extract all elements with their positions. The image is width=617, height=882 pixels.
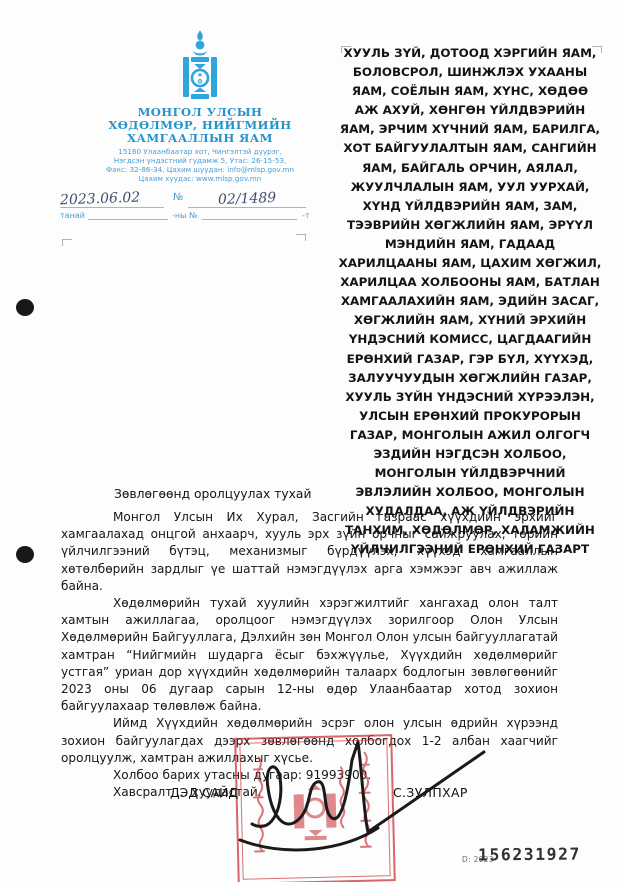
number-sign: №	[173, 192, 183, 203]
number-blank	[202, 219, 297, 220]
address-line1: 15160 Улаанбаатар хот, Чингэлтэй дүүрэг,	[92, 147, 308, 156]
body-paragraph-1: Монгол Улсын Их Хурал, Засгийн газраас х…	[61, 509, 558, 595]
address-line4: Цахим хуудас: www.mlsp.gov.mn	[92, 174, 308, 183]
body-paragraph-2: Хөдөлмөрийн тухай хуулийн хэрэгжилтийг х…	[61, 595, 558, 715]
ministry-logo	[176, 30, 224, 104]
addressee-corner-right	[296, 234, 306, 241]
recipients-block: ХУУЛЬ ЗҮЙ, ДОТООД ХЭРГИЙН ЯАМ, БОЛОВСРОЛ…	[338, 44, 602, 560]
signer-name: С.ЗУЛПХАР	[393, 785, 468, 800]
scanned-letter-page: { "colors": { "brand_blue": "#2593cc", "…	[0, 0, 617, 882]
ministry-address: 15160 Улаанбаатар хот, Чингэлтэй дүүрэг,…	[92, 147, 308, 183]
t-label: -т	[302, 211, 310, 220]
ny-label: -ны №	[172, 211, 197, 220]
handwritten-number: 02/1489	[218, 190, 277, 208]
red-official-seal-icon	[234, 734, 396, 882]
handwritten-date: 2023.06.02	[60, 190, 141, 209]
address-line2: Нэгдсэн үндэстний гудамж 5, Утас: 26-15-…	[92, 156, 308, 165]
ministry-name: МОНГОЛ УЛСЫН ХӨДӨЛМӨР, НИЙГМИЙН ХАМГААЛЛ…	[92, 106, 308, 145]
address-line3: Факс: 32-86-34, Цахим шуудан: info@mlsp.…	[92, 165, 308, 174]
addressee-corner-left	[62, 239, 72, 246]
number-field: 02/1489	[188, 188, 306, 208]
stamped-number: 156231927	[478, 844, 581, 864]
to-blank	[88, 219, 168, 220]
signer-title: ДЭД САЙД	[170, 785, 238, 800]
subject-line: Зөвлөгөөнд оролцуулах тухай	[114, 487, 311, 501]
to-label: танай	[60, 211, 85, 220]
ministry-name-line3: ХАМГААЛЛЫН ЯАМ	[92, 132, 308, 145]
reference-line: 2023.06.02 № 02/1489	[60, 188, 315, 210]
addressee-ref-line: танай -ны № -т	[60, 211, 315, 223]
date-field: 2023.06.02	[60, 188, 164, 208]
hole-punch-dot-bottom	[16, 546, 34, 563]
hole-punch-dot-top	[16, 299, 34, 316]
